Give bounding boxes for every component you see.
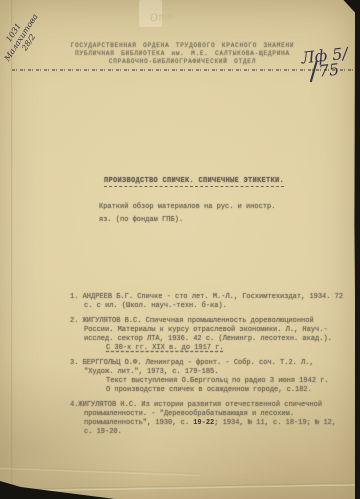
bibliography-list: 1. АНДРЕЕВ Б.Г. Спичке - сто лет. М.-Л.,… <box>70 293 347 443</box>
bibliography-entry-3: 3. БЕРГГОЛЬЦ О.Ф. Ленинград - фронт. - С… <box>70 359 347 395</box>
horizontal-crease <box>0 467 200 477</box>
letterhead-line-3: СПРАВОЧНО-БИБЛИОГРАФИЧЕСКИЙ ОТДЕЛ <box>30 58 335 66</box>
entry-note: Текст выступления О.Берггольц по радио 3… <box>84 377 347 386</box>
bibliography-entry-4: 4.ЖИГУЛЯТОВ Н.С. Из истории развития оте… <box>70 401 347 437</box>
entry-note: О производстве спичек в осажденном город… <box>84 386 347 395</box>
subtitle-line-1: Краткий обзор материалов на рус. и иност… <box>99 201 275 214</box>
horizontal-crease <box>0 483 355 492</box>
entry-text: АНДРЕЕВ Б.Г. Спичке - сто лет. М.-Л., Го… <box>83 293 343 310</box>
entry-note: С 30-х гг. XIX в. до 1917 г. <box>84 344 347 353</box>
document-title: ПРОИЗВОДСТВО СПИЧЕК. СПИЧЕЧНЫЕ ЭТИКЕТКИ. <box>104 177 284 187</box>
letterhead-line-2: ПУБЛИЧНАЯ БИБЛИОТЕКА им. М.Е. САЛТЫКОВА-… <box>30 50 335 58</box>
shelf-mark-denominator: 75 <box>319 61 351 79</box>
letterhead-line-1: ГОСУДАРСТВЕННАЯ ОРДЕНА ТРУДОВОГО КРАСНОГ… <box>30 42 335 50</box>
vertical-crease <box>11 0 13 499</box>
entry-text: БЕРГГОЛЬЦ О.Ф. Ленинград - фронт. - Собр… <box>83 359 314 376</box>
entry-number: 2. <box>70 317 78 325</box>
paper-sheet: 1031 Малахитова 28/2 Отв. ГОСУДАРСТВЕННА… <box>0 0 355 499</box>
letterhead: ГОСУДАРСТВЕННАЯ ОРДЕНА ТРУДОВОГО КРАСНОГ… <box>30 42 335 66</box>
pencil-note: Отв. <box>149 10 177 24</box>
entry-number: 1. <box>70 293 78 301</box>
bibliography-entry-1: 1. АНДРЕЕВ Б.Г. Спичке - сто лет. М.-Л.,… <box>70 293 347 311</box>
bibliography-entry-2: 2. ЖИГУЛЯТОВ В.С. Спичечная промышленнос… <box>70 317 347 353</box>
subtitle-line-2: яз. (по фондам ГПБ). <box>99 214 275 227</box>
entry-text: ЖИГУЛЯТОВ В.С. Спичечная промышленность … <box>83 317 332 343</box>
scanned-document: 1031 Малахитова 28/2 Отв. ГОСУДАРСТВЕННА… <box>0 0 360 499</box>
entry-number: 3. <box>70 359 78 367</box>
entry-page-correction: 19-22 <box>193 419 214 427</box>
handwritten-shelf-mark: Лф 5/ 75 <box>301 46 350 81</box>
document-subtitle: Краткий обзор материалов на рус. и иност… <box>99 201 275 227</box>
